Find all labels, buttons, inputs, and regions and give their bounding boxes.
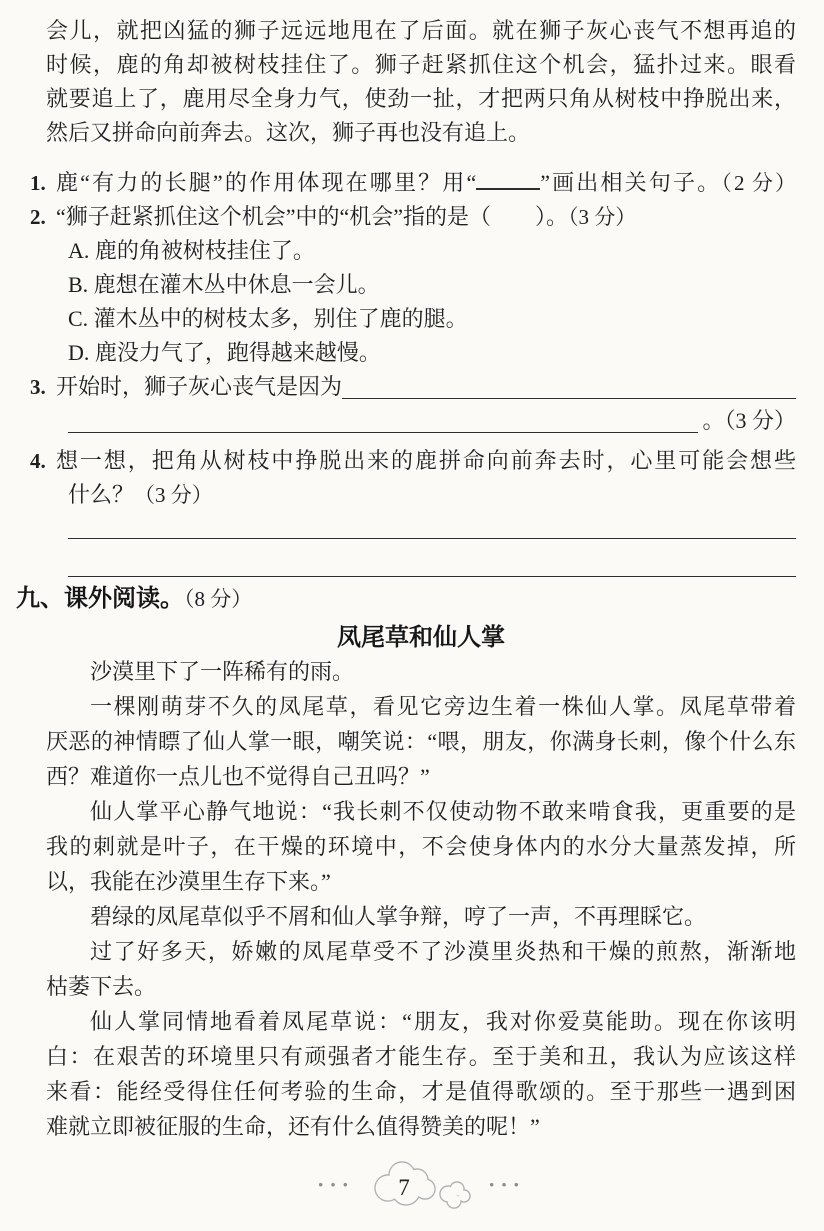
- question-3-line2: 。（3 分）: [68, 404, 796, 438]
- question-1-inline-blank: [476, 188, 540, 190]
- passage-line: 我的刺就是叶子，在干燥的环境中，不会使身体内的水分大量蒸发掉，所: [46, 829, 796, 864]
- cloud-page-number: 7: [362, 1158, 480, 1212]
- footer-dots-right: ···: [488, 1175, 525, 1195]
- answer-underline: [68, 404, 698, 433]
- footer-dots-left: ···: [317, 1175, 354, 1195]
- paragraph-5: 过了好多天，娇嫩的凤尾草受不了沙漠里炎热和干燥的煎熬，渐渐地枯萎下去。: [46, 934, 796, 1004]
- option: C. 灌木丛中的树枝太多，别住了鹿的腿。: [68, 302, 796, 336]
- passage-line: 会儿，就把凶猛的狮子远远地甩在了后面。就在狮子灰心丧气不想再追的: [46, 14, 796, 48]
- passage-line: 白：在艰苦的环境里只有顽强者才能生存。至于美和丑，我认为应该这样: [46, 1039, 796, 1074]
- option: B. 鹿想在灌木丛中休息一会儿。: [68, 268, 796, 302]
- reading-passage-title: 凤尾草和仙人掌: [46, 622, 796, 654]
- question-3: 3. 开始时，狮子灰心丧气是因为: [30, 370, 796, 404]
- question-2-text: “狮子赶紧抓住这个机会”中的“机会”指的是（ ）。（3 分）: [56, 200, 796, 234]
- paragraph-3: 仙人掌平心静气地说：“我长刺不仅使动物不敢来啃食我，更重要的是我的刺就是叶子，在…: [46, 794, 796, 899]
- section-9-title: 九、课外阅读。: [16, 585, 184, 612]
- question-4-number: 4.: [30, 444, 56, 478]
- paragraph-1: 沙漠里下了一阵稀有的雨。: [46, 654, 796, 689]
- passage-line: 然后又拼命向前奔去。这次，狮子再也没有追上。: [46, 116, 796, 150]
- passage-line: 以，我能在沙漠里生存下来。”: [46, 864, 796, 899]
- passage-line: 来看：能经受得住任何考验的生命，才是值得歌颂的。至于那些一遇到困: [46, 1074, 796, 1109]
- passage-line: 西？难道你一点儿也不觉得自己丑吗？”: [46, 759, 796, 794]
- paragraph-6: 仙人掌同情地看着凤尾草说：“朋友，我对你爱莫能助。现在你该明白：在艰苦的环境里只…: [46, 1004, 796, 1144]
- passage-line: 一棵刚萌芽不久的凤尾草，看见它旁边生着一株仙人掌。凤尾草带着: [46, 689, 796, 724]
- question-4: 4. 想一想，把角从树枝中挣脱出来的鹿拼命向前奔去时，心里可能会想些: [30, 444, 796, 478]
- answer-blank-line: [68, 512, 796, 539]
- section-9-header: 九、课外阅读。（8 分）: [16, 585, 796, 616]
- passage-line: 碧绿的凤尾草似乎不屑和仙人掌争辩，哼了一声，不再理睬它。: [46, 899, 796, 934]
- question-3-score-tail: 。（3 分）: [702, 404, 796, 438]
- page-content: 会儿，就把凶猛的狮子远远地甩在了后面。就在狮子灰心丧气不想再追的时候，鹿的角却被…: [0, 0, 824, 1212]
- answer-underline: [342, 370, 796, 399]
- question-4-score: （3 分）: [134, 483, 213, 507]
- option: D. 鹿没力气了，跑得越来越慢。: [68, 336, 796, 370]
- question-4-text-line1: 想一想，把角从树枝中挣脱出来的鹿拼命向前奔去时，心里可能会想些: [56, 444, 796, 478]
- answer-blank-line: [68, 539, 796, 577]
- question-1-number: 1.: [30, 166, 56, 200]
- question-4-text-line2: 什么？: [68, 482, 134, 507]
- passage-line: 难就立即被征服的生命，还有什么值得赞美的呢！”: [46, 1109, 796, 1144]
- worksheet-page: 会儿，就把凶猛的狮子远远地甩在了后面。就在狮子灰心丧气不想再追的时候，鹿的角却被…: [0, 0, 824, 1231]
- paragraph-4: 碧绿的凤尾草似乎不屑和仙人掌争辩，哼了一声，不再理睬它。: [46, 899, 796, 934]
- passage-line: 枯萎下去。: [46, 969, 796, 1004]
- question-1-score: （2 分）: [721, 171, 796, 195]
- section-9-score: （8 分）: [184, 587, 252, 611]
- question-2-score: （3 分）: [568, 205, 636, 229]
- passage-line: 沙漠里下了一阵稀有的雨。: [46, 654, 796, 689]
- passage-line: 时候，鹿的角却被树枝挂住了。狮子赶紧抓住这个机会，猛扑过来。眼看: [46, 48, 796, 82]
- question-1-text-after: ”画出相关句子。: [540, 170, 721, 195]
- question-1: 1. 鹿“有力的长腿”的作用体现在哪里？用“”画出相关句子。（2 分）: [30, 166, 796, 200]
- question-2-number: 2.: [30, 200, 56, 234]
- option: A. 鹿的角被树枝挂住了。: [68, 234, 796, 268]
- passage-line: 厌恶的神情瞟了仙人掌一眼，嘲笑说：“喂，朋友，你满身长刺，像个什么东: [46, 724, 796, 759]
- question-1-text: 鹿“有力的长腿”的作用体现在哪里？用“”画出相关句子。（2 分）: [56, 166, 796, 200]
- question-2-options: A. 鹿的角被树枝挂住了。B. 鹿想在灌木丛中休息一会儿。C. 灌木丛中的树枝太…: [68, 234, 796, 370]
- passage-line: 仙人掌同情地看着凤尾草说：“朋友，我对你爱莫能助。现在你该明: [46, 1004, 796, 1039]
- question-2: 2. “狮子赶紧抓住这个机会”中的“机会”指的是（ ）。（3 分）: [30, 200, 796, 234]
- passage-line: 就要追上了，鹿用尽全身力气，使劲一扯，才把两只角从树枝中挣脱出来，: [46, 82, 796, 116]
- page-footer: ···: [46, 1158, 796, 1212]
- question-3-number: 3.: [30, 370, 56, 404]
- passage-line: 过了好多天，娇嫩的凤尾草受不了沙漠里炎热和干燥的煎熬，渐渐地: [46, 934, 796, 969]
- paragraph-2: 一棵刚萌芽不久的凤尾草，看见它旁边生着一株仙人掌。凤尾草带着厌恶的神情瞟了仙人掌…: [46, 689, 796, 794]
- question-3-text: 开始时，狮子灰心丧气是因为: [56, 370, 342, 404]
- question-1-text-before: 鹿“有力的长腿”的作用体现在哪里？用“: [56, 170, 476, 195]
- passage-line: 仙人掌平心静气地说：“我长刺不仅使动物不敢来啃食我，更重要的是: [46, 794, 796, 829]
- question-4-line2: 什么？（3 分）: [68, 478, 796, 512]
- question-2-stem: “狮子赶紧抓住这个机会”中的“机会”指的是（ ）。: [56, 204, 568, 229]
- page-number: 7: [398, 1175, 410, 1200]
- passage-lion-deer-continuation: 会儿，就把凶猛的狮子远远地甩在了后面。就在狮子灰心丧气不想再追的时候，鹿的角却被…: [46, 14, 796, 150]
